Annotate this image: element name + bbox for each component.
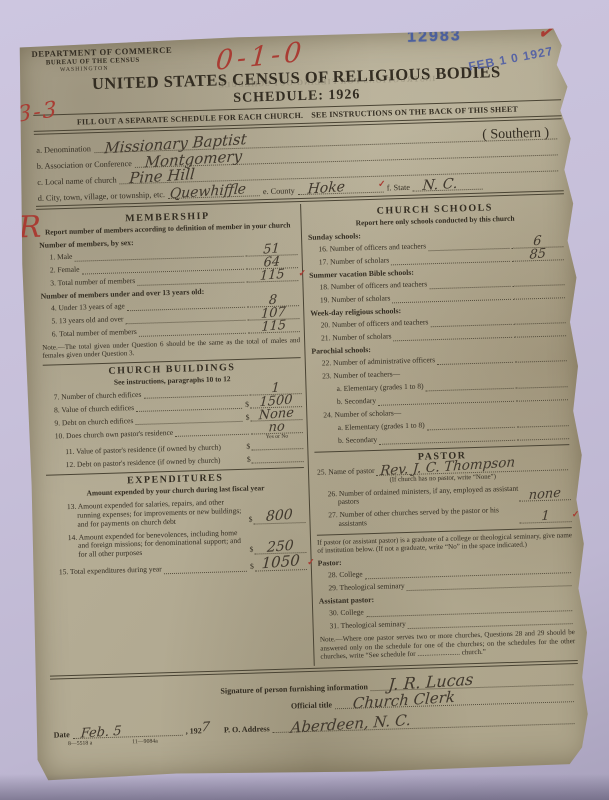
dotted-leader: [175, 426, 249, 437]
question-label: 24. Number of scholars—: [323, 409, 401, 420]
answer-box: [517, 417, 569, 428]
dotted-leader: [74, 248, 243, 262]
question-label: 19. Number of scholars: [320, 295, 391, 306]
handwritten-denomination-extra: ( Southern ): [482, 126, 549, 144]
answer-box: [515, 352, 567, 363]
question-label: 8. Value of church edifices: [54, 404, 134, 415]
census-schedule-document: 0-1-0 12983 FEB 1 0 1927 ✓ 3-3 R INSTRUC…: [15, 26, 595, 782]
question-label: 7. Number of church edifices: [54, 390, 142, 401]
red-checkmark: ✓: [307, 557, 315, 568]
dollar-sign: $: [247, 455, 251, 464]
handwritten-year: 7: [201, 719, 210, 735]
question-label: 29. Theological seminary: [328, 582, 405, 593]
question-label: 14. Amount expended for benevolences, in…: [58, 528, 249, 560]
question-label: 28. College: [328, 571, 363, 581]
dotted-leader: [127, 299, 245, 312]
answer-box: [517, 430, 569, 441]
answer-line: Hoke ✓: [298, 183, 384, 196]
question-label: 15. Total expenditures during year: [59, 566, 162, 578]
answer-box: [513, 314, 565, 325]
field-label: f. State: [387, 183, 410, 193]
handwritten-date: Feb. 5: [80, 723, 122, 741]
dotted-leader: [136, 400, 242, 412]
dotted-leader: [81, 261, 244, 275]
question-label: 27. Number of other churches served by t…: [318, 506, 519, 530]
official-title-line: Church Clerk: [335, 692, 574, 709]
question-label: 10. Does church own pastor's residence: [55, 429, 174, 441]
official-title-label: Official title: [291, 700, 332, 710]
red-letter-r-annotation: R: [18, 210, 42, 246]
question-label: 26. Number of ordained ministers, if any…: [318, 484, 519, 508]
dotted-leader: [437, 354, 513, 365]
dotted-leader: [125, 312, 245, 325]
question-row-24b: b. Secondary: [314, 430, 569, 447]
answer-box: 1050✓: [255, 561, 307, 572]
answer-box: [513, 289, 565, 300]
spacer: [53, 710, 291, 717]
form-number-2: 11—9084a: [132, 738, 158, 745]
right-column: CHURCH SCHOOLS Report here only schools …: [300, 196, 578, 665]
answer-box: no Yes or No: [251, 425, 303, 436]
field-label: a. Denomination: [36, 144, 91, 155]
dotted-leader: [429, 278, 510, 289]
dollar-sign: $: [249, 515, 253, 524]
dotted-leader: [408, 615, 573, 629]
pastor-note: Note.—Where one pastor serves two or mor…: [320, 628, 576, 661]
question-label: 20. Number of officers and teachers: [321, 318, 429, 330]
question-row-13: 13. Amount expended for salaries, repair…: [47, 496, 306, 530]
handwritten-value: 115: [259, 266, 285, 283]
red-checkmark: ✓: [378, 179, 386, 190]
date-line: Feb. 5: [73, 725, 183, 738]
question-label: 2. Female: [50, 266, 80, 276]
dotted-leader: [139, 325, 246, 337]
handwritten-value: 1050: [261, 553, 300, 574]
answer-box: 1✓: [519, 513, 571, 524]
spacer: [53, 695, 221, 700]
dotted-leader: [425, 380, 513, 392]
dotted-leader: [430, 316, 511, 327]
dotted-leader: [392, 291, 511, 304]
answer-box: [251, 441, 303, 452]
handwritten-state: N. C.: [422, 176, 458, 194]
membership-note: Note.—The total given under Question 6 s…: [42, 336, 300, 361]
answer-box: [514, 327, 566, 338]
question-label: 23. Number of teachers—: [322, 370, 400, 381]
question-label: 12. Debt on pastor's residence (if owned…: [56, 455, 246, 469]
question-label: 22. Number of administrative officers: [322, 356, 436, 368]
dotted-leader: [391, 253, 510, 266]
year-printed: , 192: [186, 726, 202, 735]
handwritten-official-title: Church Clerk: [352, 687, 455, 712]
answer-box: none: [519, 491, 571, 502]
question-label: 13. Amount expended for salaries, repair…: [57, 498, 248, 530]
answer-line: N. C.: [413, 180, 483, 192]
answer-box: [516, 391, 568, 402]
answer-line: Quewhiffle: [168, 186, 260, 199]
question-label: 30. College: [329, 609, 364, 619]
dotted-leader: [393, 329, 512, 342]
signature-block: Signature of person furnishing informati…: [50, 666, 580, 748]
red-checkmark: ✓: [298, 268, 306, 279]
po-address-label: P. O. Address: [224, 724, 270, 734]
answer-box: 800: [253, 514, 305, 525]
question-label: 25. Name of pastor: [317, 467, 375, 478]
handwritten-county: Hoke: [307, 179, 346, 198]
handwritten-value: 115: [261, 317, 287, 334]
question-row-27: 27. Number of other churches served by t…: [316, 504, 571, 529]
dotted-leader: [378, 393, 514, 406]
red-checkmark: ✓: [536, 18, 557, 46]
handwritten-value: 85: [529, 246, 546, 263]
dotted-leader: [379, 432, 515, 445]
question-label: 9. Debt on church edifices: [54, 417, 133, 428]
answer-box: [251, 454, 303, 465]
question-row-15: 15. Total expenditures during year $ 105…: [49, 561, 307, 578]
dotted-leader: [428, 240, 509, 251]
question-label: 17. Number of scholars: [319, 256, 390, 267]
question-label: a. Elementary (grades 1 to 8): [336, 383, 423, 394]
red-checkmark: ✓: [572, 509, 580, 520]
field-label: b. Association or Conference: [37, 159, 132, 171]
dotted-leader: [135, 413, 243, 425]
dollar-sign: $: [249, 546, 253, 555]
answer-box: 115: [248, 323, 300, 334]
question-row-26: 26. Number of ordained ministers, if any…: [316, 483, 571, 508]
identification-fields: a. Denomination Missionary Baptist ( Sou…: [34, 121, 564, 204]
answer-box: 85: [512, 251, 564, 262]
left-column: MEMBERSHIP Report number of members acco…: [36, 204, 314, 673]
field-label: d. City, town, village, or township, etc…: [38, 190, 165, 203]
dotted-leader: [143, 387, 248, 399]
dotted-leader: [365, 564, 572, 579]
date-label: Date: [54, 730, 70, 739]
field-label: c. Local name of church: [37, 176, 117, 187]
question-label: 16. Number of officers and teachers: [318, 242, 426, 254]
question-label: a. Elementary (grades 1 to 8): [338, 421, 425, 432]
dollar-sign: $: [245, 400, 249, 409]
answer-box: [512, 276, 564, 287]
dotted-leader: [366, 602, 573, 617]
dotted-leader: [427, 419, 515, 431]
signature-line: J. R. Lucas: [371, 675, 574, 691]
signature-label: Signature of person furnishing informati…: [220, 682, 368, 695]
serial-number-stamp: 12983: [407, 27, 462, 47]
handwritten-value: none: [528, 485, 561, 503]
question-label: 1. Male: [49, 253, 72, 263]
handwritten-value: 1: [541, 508, 550, 524]
answer-box: [515, 378, 567, 389]
question-label: b. Secondary: [337, 397, 376, 407]
question-label: 3. Total number of members: [50, 277, 135, 288]
form-columns: MEMBERSHIP Report number of members acco…: [36, 196, 577, 673]
question-label: b. Secondary: [338, 436, 377, 446]
question-label: 18. Number of officers and teachers: [319, 280, 427, 292]
question-label: 6. Total number of members: [52, 328, 137, 339]
dollar-sign: $: [246, 413, 250, 422]
field-label: e. County: [263, 186, 295, 196]
dollar-sign: $: [250, 563, 254, 572]
answer-box: 115✓: [246, 272, 298, 283]
question-label: 4. Under 13 years of age: [51, 302, 125, 313]
dollar-sign: $: [246, 442, 250, 451]
dotted-leader: [164, 563, 248, 574]
dotted-leader: [137, 274, 244, 286]
question-label: 31. Theological seminary: [329, 620, 406, 631]
question-label: 21. Number of scholars: [321, 333, 392, 344]
handwritten-value: 800: [266, 507, 294, 526]
question-label: 5. 13 years old and over: [51, 315, 123, 326]
